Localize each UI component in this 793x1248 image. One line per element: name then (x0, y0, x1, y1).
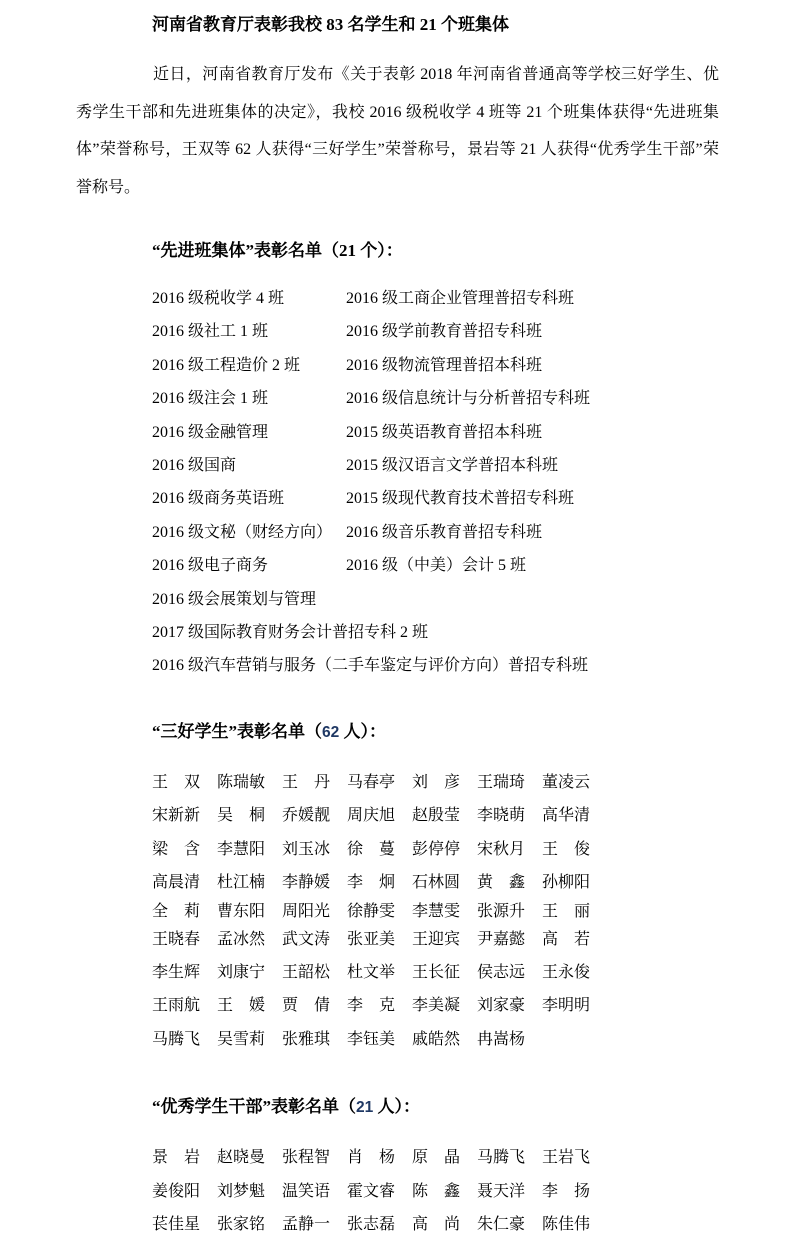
student-name: 黄 鑫 (477, 866, 525, 899)
student-name: 王 俊 (542, 833, 590, 866)
student-name: 李钰美 (347, 1023, 395, 1056)
student-name: 孟静一 (282, 1208, 330, 1241)
student-name: 李明明 (542, 989, 590, 1022)
class-item: 2016 级税收学 4 班 (152, 282, 346, 315)
class-item: 2016 级信息统计与分析普招专科班 (346, 382, 793, 415)
name-row: 景 岩赵晓曼张程智肖 杨原 晶马腾飞王岩飞 (152, 1141, 793, 1174)
student-name: 高华清 (542, 799, 590, 832)
student-name: 朱仁豪 (477, 1208, 525, 1241)
student-name: 石林圆 (412, 866, 460, 899)
student-name: 董凌云 (542, 766, 590, 799)
class-item: 2016 级会展策划与管理 (152, 583, 346, 616)
student-name: 王岩飞 (542, 1141, 590, 1174)
student-name: 马春亭 (347, 766, 395, 799)
student-name: 陈瑞敏 (217, 766, 265, 799)
student-name: 周阳光 (282, 900, 330, 923)
class-row: 2016 级文秘（财经方向） 2016 级音乐教育普招专科班 (152, 516, 793, 549)
student-name: 聂天洋 (477, 1175, 525, 1208)
student-name: 高 尚 (412, 1208, 460, 1241)
student-name: 武文涛 (282, 923, 330, 956)
student-name: 高 若 (542, 923, 590, 956)
student-name: 尹嘉懿 (477, 923, 525, 956)
outstanding-cadres-list: 景 岩赵晓曼张程智肖 杨原 晶马腾飞王岩飞 姜俊阳刘梦魁温笑语霍文睿陈 鑫聂天洋… (152, 1141, 793, 1241)
student-name: 戚皓然 (412, 1023, 460, 1056)
student-name: 王 双 (152, 766, 200, 799)
class-row: 2016 级会展策划与管理 (152, 583, 793, 616)
class-item: 2015 级汉语言文学普招本科班 (346, 449, 793, 482)
student-name: 李 炯 (347, 866, 395, 899)
class-item: 2015 级现代教育技术普招专科班 (346, 482, 793, 515)
student-name: 杜江楠 (217, 866, 265, 899)
student-name: 吴雪莉 (217, 1023, 265, 1056)
class-row: 2016 级电子商务 2016 级（中美）会计 5 班 (152, 549, 793, 582)
class-item: 2016 级国商 (152, 449, 346, 482)
student-name: 徐 蔓 (347, 833, 395, 866)
class-row: 2017 级国际教育财务会计普招专科 2 班 (152, 616, 793, 649)
student-name: 李慧阳 (217, 833, 265, 866)
heading-count: 62 (322, 724, 339, 741)
student-name: 张家铭 (217, 1208, 265, 1241)
student-name: 王迎宾 (412, 923, 460, 956)
class-item: 2016 级工程造价 2 班 (152, 349, 346, 382)
intro-paragraph: 近日，河南省教育厅发布《关于表彰 2018 年河南省普通高等学校三好学生、优秀学… (76, 56, 719, 206)
student-name: 徐静雯 (347, 900, 395, 923)
student-name: 马腾飞 (477, 1141, 525, 1174)
student-name: 张程智 (282, 1141, 330, 1174)
student-name: 梁 含 (152, 833, 200, 866)
class-item: 2016 级商务英语班 (152, 482, 346, 515)
heading-text: “三好学生”表彰名单（ (152, 722, 322, 741)
class-item (588, 649, 793, 682)
student-name: 李生辉 (152, 956, 200, 989)
student-name: 刘梦魁 (217, 1175, 265, 1208)
class-item: 2017 级国际教育财务会计普招专科 2 班 (152, 616, 428, 649)
student-name: 赵殷莹 (412, 799, 460, 832)
class-row: 2016 级金融管理 2015 级英语教育普招本科班 (152, 416, 793, 449)
student-name: 贾 倩 (282, 989, 330, 1022)
class-item: 2016 级社工 1 班 (152, 315, 346, 348)
student-name: 李静媛 (282, 866, 330, 899)
name-row: 王 双陈瑞敏王 丹马春亭刘 彦王瑞琦董凌云 (152, 766, 793, 799)
student-name: 李 克 (347, 989, 395, 1022)
student-name: 冉嵩杨 (477, 1023, 525, 1056)
student-name: 景 岩 (152, 1141, 200, 1174)
advanced-classes-heading: “先进班集体”表彰名单（21 个）： (152, 240, 793, 262)
student-name: 全 莉 (152, 900, 200, 923)
student-name: 刘康宁 (217, 956, 265, 989)
student-name: 李晓萌 (477, 799, 525, 832)
student-name: 王 丹 (282, 766, 330, 799)
student-name: 刘 彦 (412, 766, 460, 799)
student-name: 赵晓曼 (217, 1141, 265, 1174)
name-row: 王雨航王 媛贾 倩李 克李美凝刘家豪李明明 (152, 989, 793, 1022)
student-name: 王长征 (412, 956, 460, 989)
student-name: 温笑语 (282, 1175, 330, 1208)
student-name: 王 丽 (542, 900, 590, 923)
student-name: 王雨航 (152, 989, 200, 1022)
merit-students-heading: “三好学生”表彰名单（62 人）： (152, 721, 793, 744)
student-name: 杜文举 (347, 956, 395, 989)
class-row: 2016 级社工 1 班 2016 级学前教育普招专科班 (152, 315, 793, 348)
student-name: 姜俊阳 (152, 1175, 200, 1208)
name-row: 王晓春孟冰然武文涛张亚美王迎宾尹嘉懿高 若 (152, 923, 793, 956)
student-name: 张亚美 (347, 923, 395, 956)
student-name: 孟冰然 (217, 923, 265, 956)
merit-students-section: “三好学生”表彰名单（62 人）： 王 双陈瑞敏王 丹马春亭刘 彦王瑞琦董凌云 … (0, 721, 793, 1056)
heading-text: 人）： (339, 722, 386, 741)
heading-count: 21 (356, 1099, 373, 1116)
student-name: 张源升 (477, 900, 525, 923)
class-row: 2016 级汽车营销与服务（二手车鉴定与评价方向）普招专科班 (152, 649, 793, 682)
heading-text: “优秀学生干部”表彰名单（ (152, 1097, 356, 1116)
name-row: 马腾飞吴雪莉张雅琪李钰美戚皓然冉嵩杨 (152, 1023, 793, 1056)
class-item: 2016 级学前教育普招专科班 (346, 315, 793, 348)
student-name: 刘家豪 (477, 989, 525, 1022)
name-row: 姜俊阳刘梦魁温笑语霍文睿陈 鑫聂天洋李 扬 (152, 1175, 793, 1208)
page-title: 河南省教育厅表彰我校 83 名学生和 21 个班集体 (152, 14, 793, 36)
student-name: 曹东阳 (217, 900, 265, 923)
student-name: 刘玉冰 (282, 833, 330, 866)
name-row: 李生辉刘康宁王韶松杜文举王长征侯志远王永俊 (152, 956, 793, 989)
merit-students-list: 王 双陈瑞敏王 丹马春亭刘 彦王瑞琦董凌云 宋新新吴 桐乔媛靓周庆旭赵殷莹李晓萌… (152, 766, 793, 1056)
class-item: 2016 级汽车营销与服务（二手车鉴定与评价方向）普招专科班 (152, 649, 588, 682)
heading-text: 人）： (373, 1097, 420, 1116)
student-name: 宋新新 (152, 799, 200, 832)
class-row: 2016 级国商 2015 级汉语言文学普招本科班 (152, 449, 793, 482)
outstanding-cadres-section: “优秀学生干部”表彰名单（21 人）： 景 岩赵晓曼张程智肖 杨原 晶马腾飞王岩… (0, 1096, 793, 1241)
name-row: 宋新新吴 桐乔媛靓周庆旭赵殷莹李晓萌高华清 (152, 799, 793, 832)
class-row: 2016 级商务英语班 2015 级现代教育技术普招专科班 (152, 482, 793, 515)
name-row: 高晨清杜江楠李静媛李 炯石林圆黄 鑫孙柳阳 (152, 866, 793, 899)
student-name: 侯志远 (477, 956, 525, 989)
class-item: 2016 级（中美）会计 5 班 (346, 549, 793, 582)
class-item: 2016 级音乐教育普招专科班 (346, 516, 793, 549)
advanced-classes-section: “先进班集体”表彰名单（21 个）： 2016 级税收学 4 班 2016 级工… (0, 240, 793, 683)
student-name: 周庆旭 (347, 799, 395, 832)
class-item (346, 583, 793, 616)
student-name: 乔媛靓 (282, 799, 330, 832)
name-row: 苌佳星张家铭孟静一张志磊高 尚朱仁豪陈佳伟 (152, 1208, 793, 1241)
student-name: 高晨清 (152, 866, 200, 899)
advanced-classes-list: 2016 级税收学 4 班 2016 级工商企业管理普招专科班 2016 级社工… (152, 282, 793, 683)
class-item: 2016 级工商企业管理普招专科班 (346, 282, 793, 315)
class-item: 2016 级金融管理 (152, 416, 346, 449)
student-name: 陈 鑫 (412, 1175, 460, 1208)
class-item: 2015 级英语教育普招本科班 (346, 416, 793, 449)
student-name: 张雅琪 (282, 1023, 330, 1056)
class-item: 2016 级电子商务 (152, 549, 346, 582)
class-item (428, 616, 793, 649)
name-row: 梁 含李慧阳刘玉冰徐 蔓彭停停宋秋月王 俊 (152, 833, 793, 866)
outstanding-cadres-heading: “优秀学生干部”表彰名单（21 人）： (152, 1096, 793, 1119)
student-name: 王 媛 (217, 989, 265, 1022)
class-item: 2016 级注会 1 班 (152, 382, 346, 415)
student-name: 李慧雯 (412, 900, 460, 923)
student-name: 李 扬 (542, 1175, 590, 1208)
student-name: 陈佳伟 (542, 1208, 590, 1241)
student-name: 原 晶 (412, 1141, 460, 1174)
student-name: 肖 杨 (347, 1141, 395, 1174)
class-item: 2016 级文秘（财经方向） (152, 516, 346, 549)
student-name: 吴 桐 (217, 799, 265, 832)
student-name: 马腾飞 (152, 1023, 200, 1056)
class-row: 2016 级工程造价 2 班 2016 级物流管理普招本科班 (152, 349, 793, 382)
student-name: 李美凝 (412, 989, 460, 1022)
student-name: 宋秋月 (477, 833, 525, 866)
class-row: 2016 级税收学 4 班 2016 级工商企业管理普招专科班 (152, 282, 793, 315)
student-name: 王永俊 (542, 956, 590, 989)
student-name: 孙柳阳 (542, 866, 590, 899)
student-name: 彭停停 (412, 833, 460, 866)
class-item: 2016 级物流管理普招本科班 (346, 349, 793, 382)
name-row: 全 莉曹东阳周阳光徐静雯李慧雯张源升王 丽 (152, 900, 793, 923)
student-name: 霍文睿 (347, 1175, 395, 1208)
student-name: 王晓春 (152, 923, 200, 956)
class-row: 2016 级注会 1 班 2016 级信息统计与分析普招专科班 (152, 382, 793, 415)
student-name: 王韶松 (282, 956, 330, 989)
document-page: 河南省教育厅表彰我校 83 名学生和 21 个班集体 近日，河南省教育厅发布《关… (0, 0, 793, 1241)
student-name: 苌佳星 (152, 1208, 200, 1241)
student-name: 张志磊 (347, 1208, 395, 1241)
student-name: 王瑞琦 (477, 766, 525, 799)
